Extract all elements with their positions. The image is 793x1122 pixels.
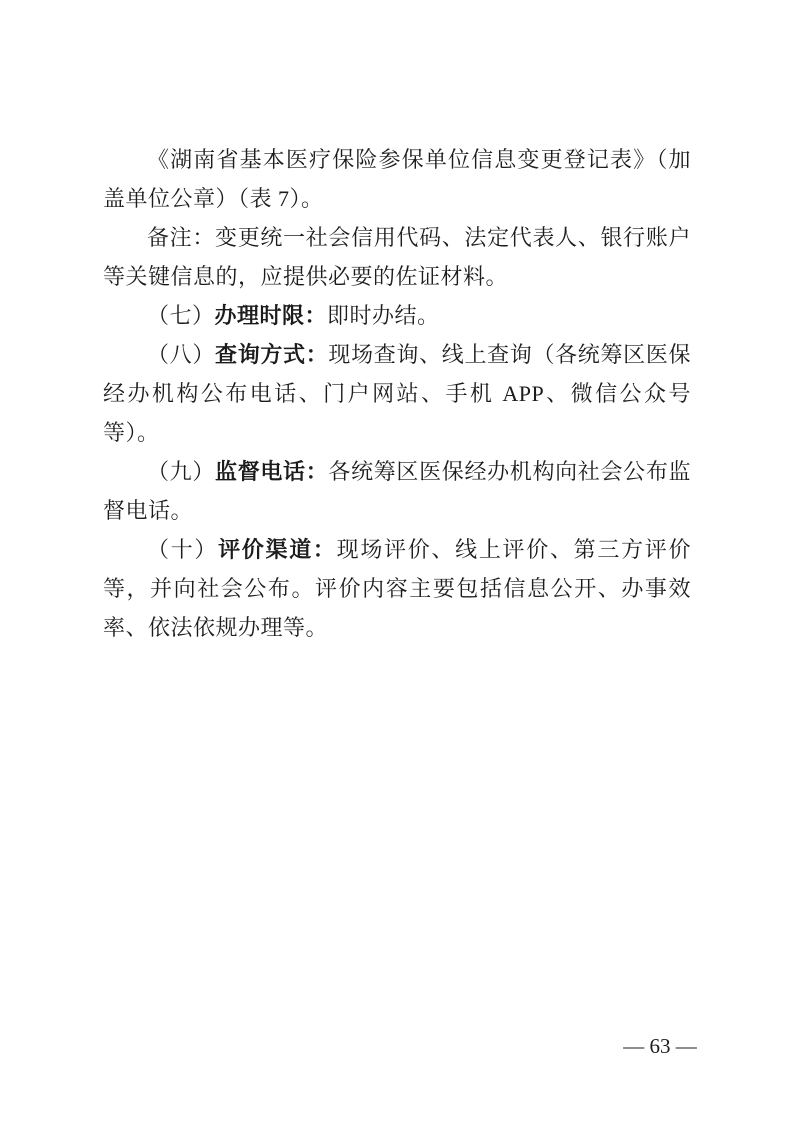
paragraph-text: （八） bbox=[147, 342, 215, 367]
paragraph-label: 办理时限： bbox=[215, 303, 328, 328]
paragraph-text: 即时办结。 bbox=[327, 303, 440, 328]
paragraph-text: （九） bbox=[147, 459, 215, 484]
document-body: 《湖南省基本医疗保险参保单位信息变更登记表》（加盖单位公章）（表 7）。备注：变… bbox=[103, 140, 691, 647]
paragraph-label: 查询方式： bbox=[215, 342, 328, 367]
paragraph: 备注：变更统一社会信用代码、法定代表人、银行账户等关键信息的，应提供必要的佐证材… bbox=[103, 218, 691, 296]
paragraph: 《湖南省基本医疗保险参保单位信息变更登记表》（加盖单位公章）（表 7）。 bbox=[103, 140, 691, 218]
paragraph-text: （七） bbox=[147, 303, 215, 328]
document-page: 《湖南省基本医疗保险参保单位信息变更登记表》（加盖单位公章）（表 7）。备注：变… bbox=[0, 0, 793, 1122]
paragraph-label: 监督电话： bbox=[215, 459, 328, 484]
paragraph-text: 备注：变更统一社会信用代码、法定代表人、银行账户等关键信息的，应提供必要的佐证材… bbox=[103, 225, 691, 289]
page-number: — 63 — bbox=[580, 1033, 740, 1059]
paragraph-text: （十） bbox=[147, 537, 218, 562]
paragraph: （十）评价渠道：现场评价、线上评价、第三方评价等，并向社会公布。评价内容主要包括… bbox=[103, 530, 691, 647]
paragraph: （九）监督电话：各统筹区医保经办机构向社会公布监督电话。 bbox=[103, 452, 691, 530]
paragraph-text: 《湖南省基本医疗保险参保单位信息变更登记表》（加盖单位公章）（表 7）。 bbox=[103, 147, 691, 211]
paragraph: （八）查询方式：现场查询、线上查询（各统筹区医保经办机构公布电话、门户网站、手机… bbox=[103, 335, 691, 452]
paragraph: （七）办理时限：即时办结。 bbox=[103, 296, 691, 335]
paragraph-label: 评价渠道： bbox=[218, 537, 337, 562]
